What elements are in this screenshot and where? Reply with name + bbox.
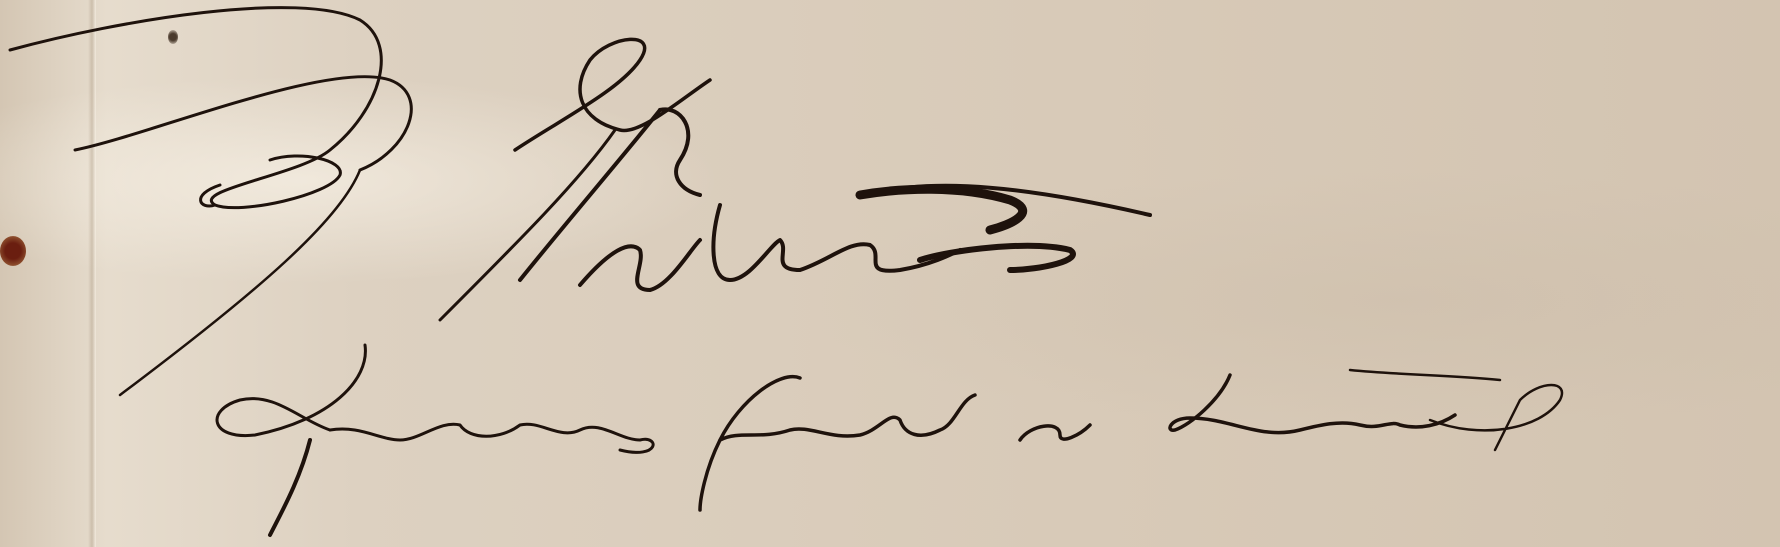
signature-name: Martini <box>1 1 2 2</box>
signature-transcription: Martini Ispettore Generale di Sanità <box>1 1 2 2</box>
aged-paper-background: Martini Ispettore Generale di Sanità <box>0 0 1780 547</box>
title-line-strokes <box>0 0 1780 547</box>
